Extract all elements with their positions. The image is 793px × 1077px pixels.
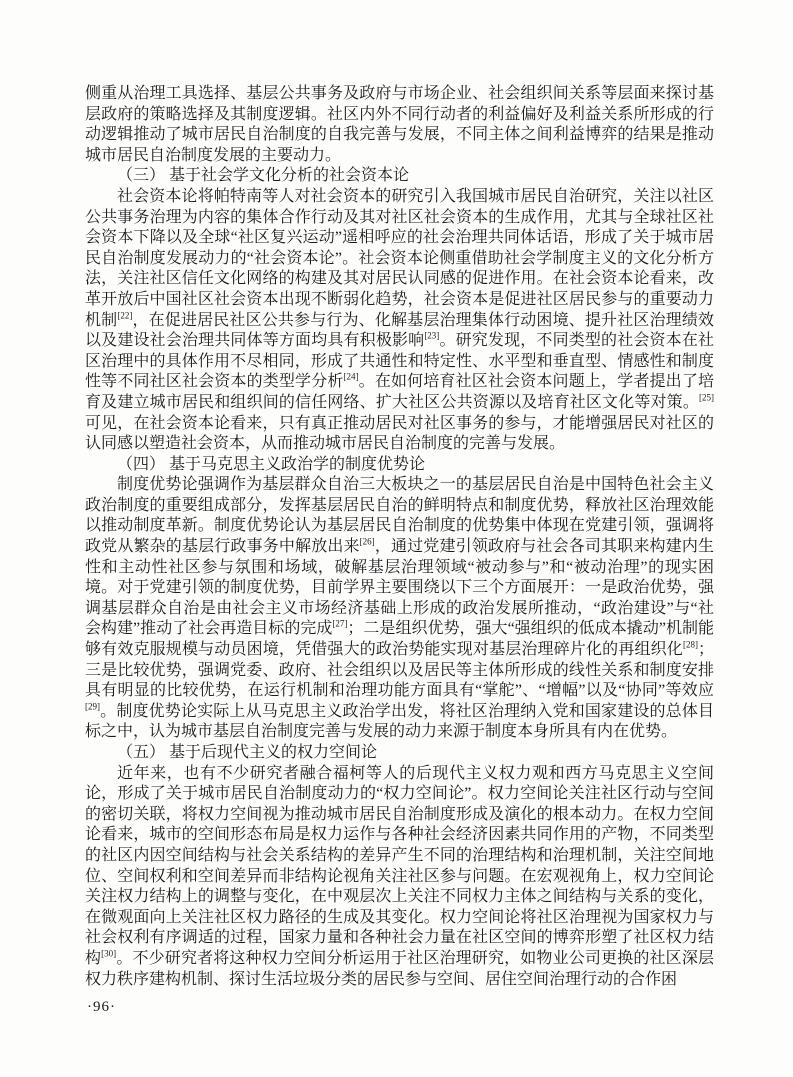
body-paragraph: 侧重从治理工具选择、基层公共事务及政府与市场企业、社会组织间关系等层面来探讨基层…	[85, 84, 714, 166]
text-run: 。不少研究者将这种权力空间分析运用于社区治理研究，如物业公司更换的社区深层权力秩…	[85, 950, 714, 988]
body-paragraph: 近年来，也有不少研究者融合福柯等人的后现代主义权力观和西方马克思主义空间论，形成…	[85, 764, 714, 991]
text-run: 近年来，也有不少研究者融合福柯等人的后现代主义权力观和西方马克思主义空间论，形成…	[85, 765, 714, 967]
page-number: ·96·	[87, 999, 116, 1016]
section-heading: （四） 基于马克思主义政治学的制度优势论	[85, 455, 714, 476]
text-run: （三） 基于社会学文化分析的社会资本论	[117, 167, 409, 184]
citation-ref: [22]	[117, 310, 132, 320]
section-heading: （三） 基于社会学文化分析的社会资本论	[85, 166, 714, 187]
text-run: 可见，在社会资本论看来，只有真正推动居民对社区事务的参与，才能增强居民对社区的认…	[85, 415, 714, 453]
article-body: 侧重从治理工具选择、基层公共事务及政府与市场企业、社会组织间关系等层面来探讨基层…	[85, 84, 714, 990]
citation-ref: [23]	[424, 331, 439, 341]
citation-ref: [30]	[101, 949, 116, 959]
body-paragraph: 制度优势论强调作为基层群众自治三大板块之一的基层居民自治是中国特色社会主义政治制…	[85, 475, 714, 743]
citation-ref: [24]	[344, 372, 359, 382]
citation-ref: [26]	[360, 537, 375, 547]
document-page: 侧重从治理工具选择、基层公共事务及政府与市场企业、社会组织间关系等层面来探讨基层…	[0, 0, 793, 1077]
citation-ref: [29]	[85, 701, 100, 711]
citation-ref: [28]	[683, 640, 698, 650]
body-paragraph: 社会资本论将帕特南等人对社会资本的研究引入我国城市居民自治研究，关注以社区公共事…	[85, 187, 714, 455]
text-run: （五） 基于后现代主义的权力空间论	[117, 744, 377, 761]
citation-ref: [27]	[332, 619, 347, 629]
text-run: 。制度优势论实际上从马克思主义政治学出发，将社区治理纳入党和国家建设的总体目标之…	[85, 703, 714, 741]
text-run: 侧重从治理工具选择、基层公共事务及政府与市场企业、社会组织间关系等层面来探讨基层…	[85, 85, 714, 164]
text-run: （四） 基于马克思主义政治学的制度优势论	[117, 456, 425, 473]
section-heading: （五） 基于后现代主义的权力空间论	[85, 743, 714, 764]
citation-ref: [25]	[699, 393, 714, 403]
text-run: 社会资本论将帕特南等人对社会资本的研究引入我国城市居民自治研究，关注以社区公共事…	[85, 188, 714, 329]
